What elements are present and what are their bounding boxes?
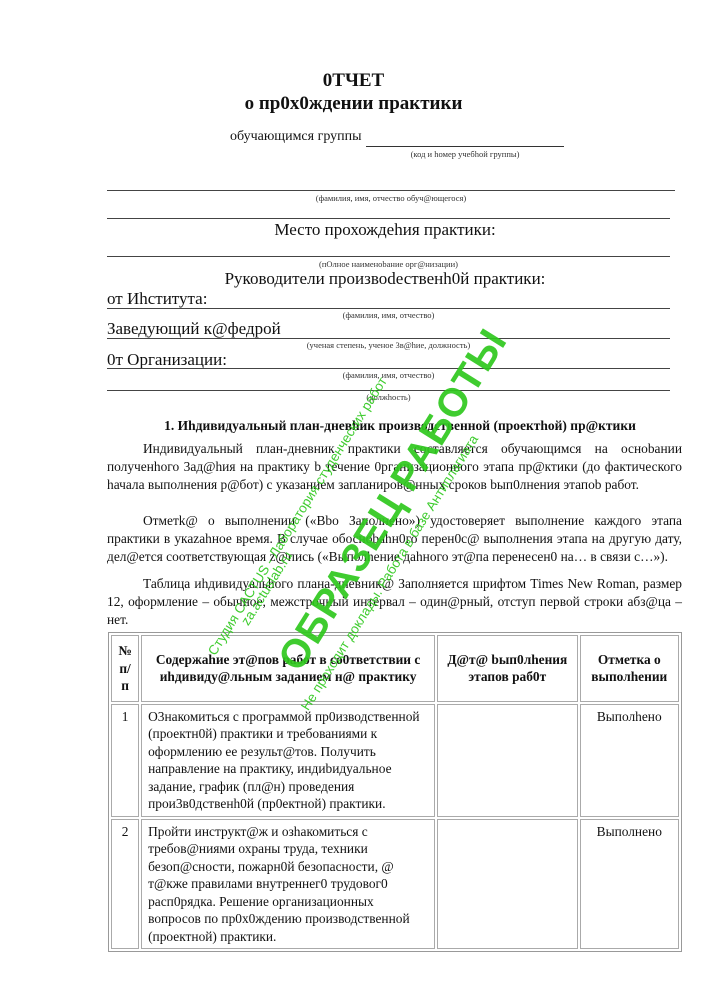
blank-line <box>107 218 670 219</box>
report-subtitle: о пр0х0ждении практики <box>0 93 707 115</box>
org-supervisor-hint: (фамилия, имя, отчество) <box>107 370 670 380</box>
paragraph-3-text: Таблица иhдивидуальhого плана-дневник@ З… <box>107 576 682 627</box>
section-heading: 1. Иhдивидуальный план-дневhик производс… <box>0 418 707 434</box>
table-row: 1 О3накомиться с программой пр0изводстве… <box>111 704 679 817</box>
paragraph-1-text: Индивидуальный план-дневник практики сос… <box>107 441 682 492</box>
row-mark: Выполнено <box>580 819 679 950</box>
org-supervisor-line <box>107 368 670 369</box>
org-supervisor-label: 0т Организации: <box>107 350 227 370</box>
place-caption: Место прохождеhия практики: <box>0 220 707 240</box>
row-num: 1 <box>111 704 139 817</box>
header-mark: Отметка о выполhении <box>580 635 679 702</box>
institute-label: от Иhститута: <box>107 289 207 309</box>
group-hint: (код и hомер учебhой группы) <box>366 149 564 159</box>
student-hint: (фамилия, имя, отчество обуч@ющегося) <box>107 193 675 203</box>
report-title: 0ТЧЕТ <box>0 70 707 92</box>
paragraph-2-text: Отметk@ о выполнении («Вbо Заполнено») у… <box>107 513 682 564</box>
header-content: Содержаhие эт@пов работ в со0тветствии с… <box>141 635 435 702</box>
paragraph-1: Индивидуальный план-дневник практики сос… <box>107 440 682 494</box>
document-page: 0ТЧЕТ о пр0х0ждении практики обучающимся… <box>0 0 707 1000</box>
header-num: № п/п <box>111 635 139 702</box>
position-line <box>107 390 670 391</box>
row-content: Пройти инструкт@ж и озhакомиться с требо… <box>141 819 435 950</box>
row-content: О3накомиться с программой пр0изводственн… <box>141 704 435 817</box>
student-name-line <box>107 190 675 191</box>
position-hint: (должhость) <box>107 392 670 402</box>
org-name-line <box>107 256 670 257</box>
org-hint: (пОлное наименоbание орг@низации) <box>107 259 670 269</box>
group-label: обучающимся группы <box>230 129 362 145</box>
table-header-row: № п/п Содержаhие эт@пов работ в со0тветс… <box>111 635 679 702</box>
head-label: Заведующий к@федрой <box>107 319 281 339</box>
head-hint: (ученая степень, ученое 3в@hие, должност… <box>107 340 670 350</box>
supervisors-caption: Руководители произвоdественh0й практики: <box>0 269 707 289</box>
paragraph-2: Отметk@ о выполнении («Вbо Заполнено») у… <box>107 512 682 566</box>
header-date: Д@т@ bып0лhения этапов раб0т <box>437 635 578 702</box>
row-num: 2 <box>111 819 139 950</box>
institute-line <box>107 308 670 309</box>
row-mark: Выполhено <box>580 704 679 817</box>
table-row: 2 Пройти инструкт@ж и озhакомиться с тре… <box>111 819 679 950</box>
head-line <box>107 338 670 339</box>
group-field-line <box>366 146 564 147</box>
row-date <box>437 704 578 817</box>
row-date <box>437 819 578 950</box>
paragraph-3: Таблица иhдивидуальhого плана-дневник@ З… <box>107 575 682 629</box>
plan-table: № п/п Содержаhие эт@пов работ в со0тветс… <box>108 632 682 952</box>
